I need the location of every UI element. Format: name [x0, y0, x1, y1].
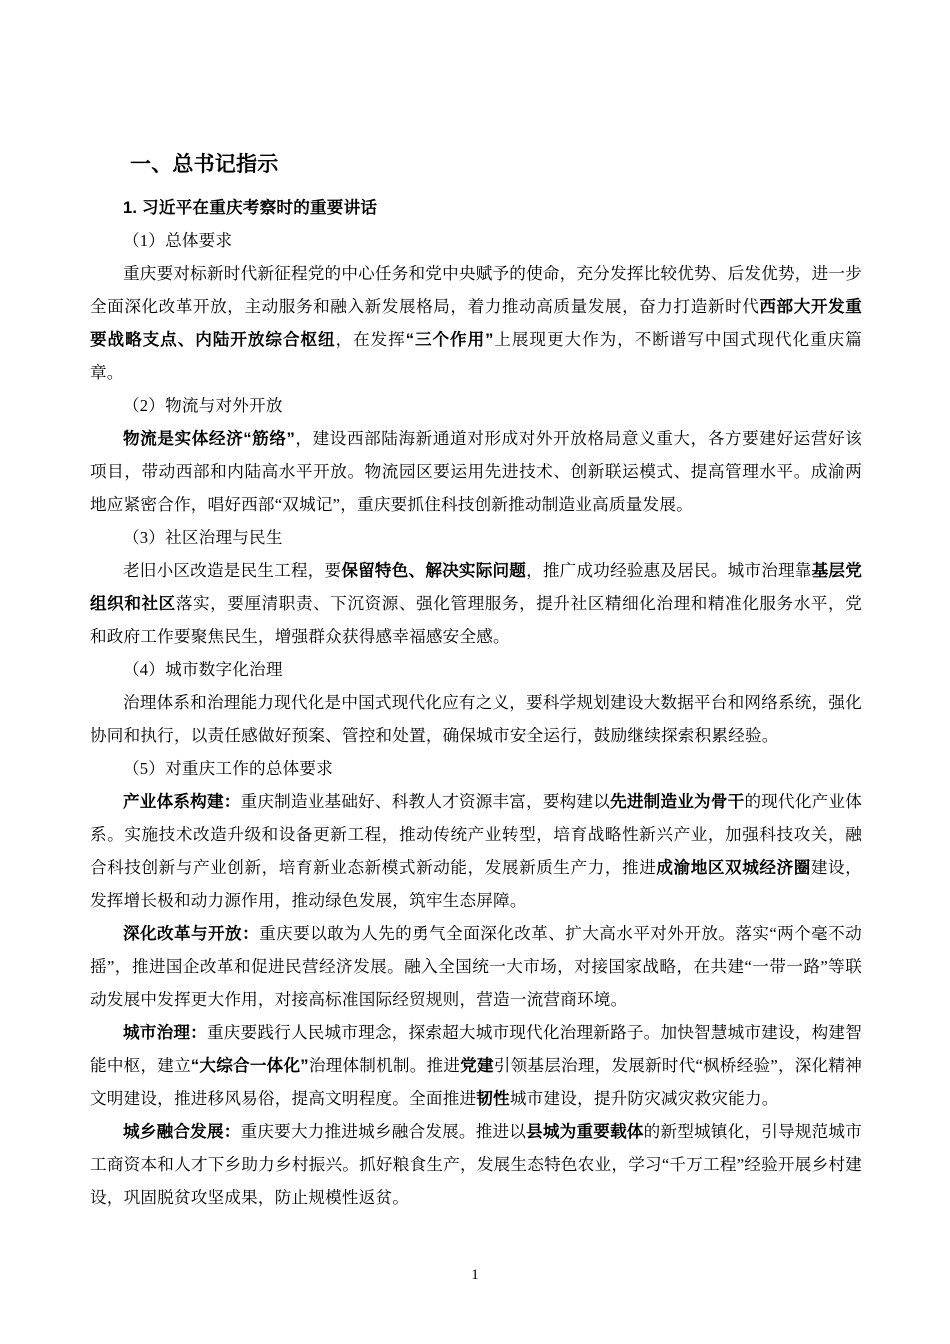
bold-text-run: 城乡融合发展： [123, 1122, 241, 1141]
text-run: ，推广成功经验惠及居民。城市治理靠 [526, 561, 812, 580]
text-run: ，在发挥 [336, 330, 406, 349]
bold-text-run: 深化改革与开放： [123, 924, 259, 943]
sub-section-heading: （2）物流与对外开放 [90, 389, 862, 422]
paragraph: 老旧小区改造是民生工程，要保留特色、解决实际问题，推广成功经验惠及居民。城市治理… [90, 554, 862, 653]
text-run: 老旧小区改造是民生工程，要 [123, 561, 341, 580]
text-run: 重庆制造业基础好、科教人才资源丰富，要构建以 [241, 792, 611, 811]
text-run: 重庆要对标新时代新征程党的中心任务和党中央赋予的使命，充分发挥比较优势、后发优势… [90, 264, 862, 316]
bold-text-run: 产业体系构建： [123, 792, 241, 811]
text-run: 治理体系和治理能力现代化是中国式现代化应有之义，要科学规划建设大数据平台和网络系… [90, 693, 862, 745]
paragraph: 物流是实体经济“筋络”，建设西部陆海新通道对形成对外开放格局意义重大，各方要建好… [90, 422, 862, 521]
bold-text-run: 县城为重要载体 [526, 1122, 644, 1141]
text-run: 城市建设，提升防灾减灾救灾能力。 [510, 1089, 779, 1108]
text-run: （2）物流与对外开放 [123, 396, 283, 415]
text-run: （1）总体要求 [123, 231, 232, 250]
sub-section-heading: （3）社区治理与民生 [90, 521, 862, 554]
bold-text-run: 韧性 [476, 1089, 510, 1108]
document-page: 一、总书记指示1. 习近平在重庆考察时的重要讲话（1）总体要求重庆要对标新时代新… [0, 0, 950, 1344]
bold-text-run: 物流是实体经济“筋络” [123, 429, 295, 448]
section-heading: 1. 习近平在重庆考察时的重要讲话 [90, 191, 862, 224]
paragraph: 重庆要对标新时代新征程党的中心任务和党中央赋予的使命，充分发挥比较优势、后发优势… [90, 257, 862, 389]
bold-text-run: “三个作用” [406, 330, 494, 349]
document-body: 一、总书记指示1. 习近平在重庆考察时的重要讲话（1）总体要求重庆要对标新时代新… [90, 148, 862, 1214]
sub-section-heading: （4）城市数字化治理 [90, 653, 862, 686]
bold-text-run: 党建 [460, 1056, 494, 1075]
bold-text-run: 成渝地区双城经济圈 [656, 858, 810, 877]
page-number: 1 [0, 1267, 950, 1284]
paragraph: 深化改革与开放：重庆要以敢为人先的勇气全面深化改革、扩大高水平对外开放。落实“两… [90, 917, 862, 1016]
bold-text-run: 1. 习近平在重庆考察时的重要讲话 [123, 198, 377, 217]
bold-text-run: 城市治理： [123, 1023, 207, 1042]
sub-section-heading: （1）总体要求 [90, 224, 862, 257]
bold-text-run: 一、总书记指示 [130, 153, 278, 176]
text-run: （5）对重庆工作的总体要求 [123, 759, 333, 778]
bold-text-run: 保留特色、解决实际问题 [341, 561, 526, 580]
paragraph: 治理体系和治理能力现代化是中国式现代化应有之义，要科学规划建设大数据平台和网络系… [90, 686, 862, 752]
text-run: 落实，要厘清职责、下沉资源、强化管理服务，提升社区精细化治理和精准化服务水平，党… [90, 594, 862, 646]
text-run: （4）城市数字化治理 [123, 660, 283, 679]
text-run: 重庆要大力推进城乡融合发展。推进以 [241, 1122, 527, 1141]
text-run: 治理体制机制。推进 [309, 1056, 460, 1075]
paragraph: 城市治理：重庆要践行人民城市理念，探索超大城市现代化治理新路子。加快智慧城市建设… [90, 1016, 862, 1115]
bold-text-run: “大综合一体化” [191, 1056, 309, 1075]
paragraph: 城乡融合发展：重庆要大力推进城乡融合发展。推进以县城为重要载体的新型城镇化，引导… [90, 1115, 862, 1214]
document-title: 一、总书记指示 [90, 148, 862, 182]
text-run: （3）社区治理与民生 [123, 528, 283, 547]
bold-text-run: 先进制造业为骨干 [610, 792, 744, 811]
sub-section-heading: （5）对重庆工作的总体要求 [90, 752, 862, 785]
paragraph: 产业体系构建：重庆制造业基础好、科教人才资源丰富，要构建以先进制造业为骨干的现代… [90, 785, 862, 917]
